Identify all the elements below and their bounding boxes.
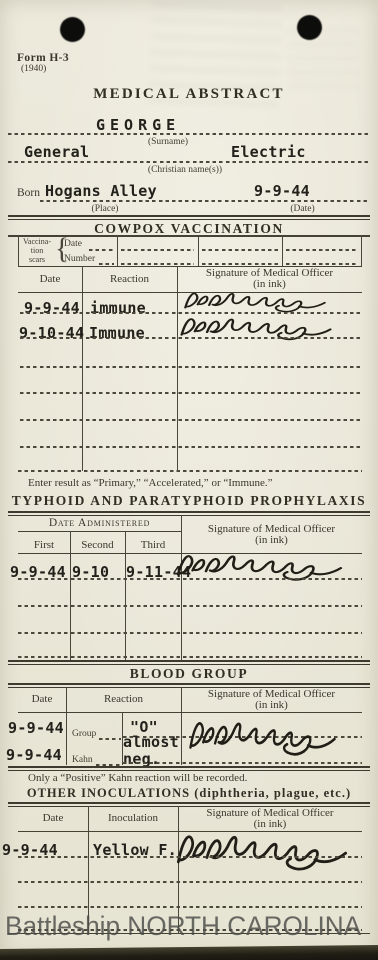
other-row-line [18,856,362,858]
scars-box-right [361,235,362,266]
scars-cell-dots [121,249,194,251]
punch-hole-right [297,15,322,40]
blood-kahn-date: 9-9-44 [6,746,62,764]
typhoid-col-second: Second [70,540,125,551]
typhoid-date-administered-label: Date Administered [18,518,181,529]
blood-group-label: Group [72,729,96,739]
blood-group-date: 9-9-44 [8,719,64,737]
surname-label: (Surname) [128,137,208,147]
birth-date-value: 9-9-44 [254,182,310,200]
other-empty-row-line [18,906,362,908]
cowpox-empty-row-line [20,392,362,394]
blood-group-heading: BLOOD GROUP [0,666,378,682]
form-title: MEDICAL ABSTRACT [0,86,378,103]
scars-label-line: scars [29,255,45,264]
scars-number-label: Number [64,254,95,264]
surname-line [8,133,370,135]
place-label: (Place) [75,204,135,214]
blood-kahn-label: Kahn [72,755,93,765]
cowpox-col-date: Date [18,274,82,285]
christian-name-left: General [24,143,89,161]
scars-label-line: Vaccina- [23,237,51,246]
born-line [40,200,370,202]
typhoid-top-rule [8,511,370,516]
vaccination-scars-label: Vaccina- tion scars [18,237,56,264]
cowpox-row-line [20,337,362,339]
christian-name-line [8,161,370,163]
form-number: Form H-3 [17,52,69,64]
cowpox-row-date: 9-10-44 [19,324,84,342]
blood-col-date: Date [18,694,66,705]
cowpox-empty-row-line [20,419,362,421]
scars-cell-dots [286,263,358,265]
medical-officer-signature [180,288,330,315]
typhoid-empty-row-line [18,656,362,658]
scars-cell-dots [286,249,358,251]
cowpox-col-divider [82,266,83,471]
cowpox-row-reaction: immune [90,299,146,317]
scars-date-label: Date [64,239,82,249]
scars-cell-dots [202,249,278,251]
punch-hole-left [60,17,85,42]
birth-place-value: Hogans Alley [45,182,157,200]
cowpox-note: Enter result as “Primary,” “Accelerated,… [28,477,273,489]
blood-kahn-value-line1: almost [123,733,179,751]
blood-group-label-dots [99,738,121,740]
christian-name-right: Electric [231,143,306,161]
cowpox-col-divider [177,266,178,471]
cowpox-row-reaction: Immune [89,324,145,342]
museum-credit-watermark: Battleship NORTH CAROLINA [5,911,361,942]
typhoid-empty-row-line [18,605,362,607]
cowpox-table-bottom [18,470,362,472]
blood-note: Only a “Positive” Kahn reaction will be … [28,772,247,784]
cowpox-empty-row-line [20,446,362,448]
typhoid-col-first: First [18,540,70,551]
christian-name-label: (Christian name(s)) [135,165,235,175]
cowpox-row-date: 9-9-44 [24,299,80,317]
typhoid-row-line [18,578,362,580]
section-rule [8,215,370,220]
other-col-date: Date [18,813,88,824]
typhoid-col-signature-sub: (in ink) [181,535,362,546]
medical-officer-signature [172,827,352,875]
scars-divider [282,235,283,266]
typhoid-heading: TYPHOID AND PARATYPHOID PROPHYLAXIS [0,493,378,509]
scars-number-dots [99,263,114,265]
date-label: (Date) [275,204,330,214]
scars-divider [117,235,118,266]
blood-kahn-row-line [123,762,362,764]
scanned-medical-abstract-card: Form H-3 (1940) MEDICAL ABSTRACT GEORGE … [0,0,378,960]
other-col-inoculation: Inoculation [88,813,178,824]
scars-date-dots [89,249,114,251]
blood-bottom-rule [8,766,370,771]
medical-officer-signature [185,714,340,760]
born-label: Born [17,187,40,199]
scars-cell-dots [121,263,194,265]
other-empty-row-line [18,881,362,883]
typhoid-empty-row-line [18,632,362,634]
blood-col-reaction: Reaction [66,694,181,705]
typhoid-subheader-rule [18,531,181,532]
scars-cell-dots [202,263,278,265]
scars-label-line: tion [31,246,43,255]
surname-value: GEORGE [96,116,180,134]
scan-edge-strip [0,945,378,960]
form-year: (1940) [21,64,46,74]
blood-col-signature-sub: (in ink) [181,700,362,711]
other-inoculations-heading: OTHER INOCULATIONS (diphtheria, plague, … [0,786,378,801]
cowpox-empty-row-line [20,366,362,368]
typhoid-bottom-rule [8,660,370,665]
cowpox-col-reaction: Reaction [82,274,177,285]
scars-divider [198,235,199,266]
